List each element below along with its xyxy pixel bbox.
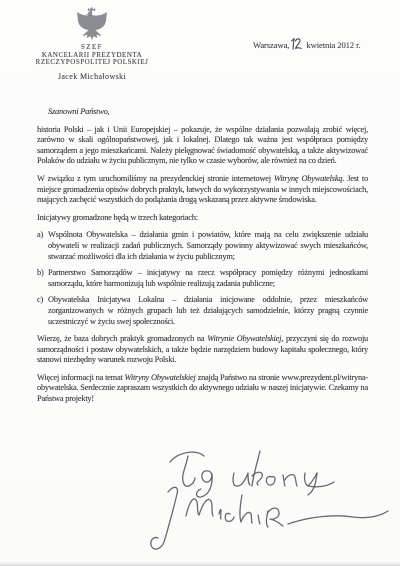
handwritten-signature bbox=[151, 487, 388, 549]
handwritten-closing bbox=[170, 451, 334, 497]
category-marker-a: a) bbox=[37, 230, 43, 241]
paragraph-witryna-launch: W związku z tym uruchomiliśmy na prezyde… bbox=[37, 174, 368, 206]
letterhead: SZEF KANCELARII PREZYDENTA RZECZYPOSPOLI… bbox=[16, 4, 168, 81]
polish-eagle-emblem bbox=[16, 4, 168, 40]
category-text-a: Wspólnota Obywatelska – działania gmin i… bbox=[48, 230, 368, 260]
paragraph-more-info: Więcej informacji na temat Witryny Obywa… bbox=[37, 373, 368, 405]
category-item-a: a) Wspólnota Obywatelska – działania gmi… bbox=[37, 230, 368, 262]
paragraph-belief: Wierzę, że baza dobrych praktyk gromadzo… bbox=[37, 334, 368, 366]
category-item-b: b) Partnerstwo Samorządów – inicjatywy n… bbox=[37, 268, 368, 289]
dateline: Warszawa, 12 kwietnia 2012 r. bbox=[253, 37, 360, 53]
dateline-date: kwietnia 2012 r. bbox=[306, 40, 360, 50]
handwritten-signature-block: Łączę ukłony Jacek Michałowski bbox=[138, 445, 394, 561]
letter-body: Szanowni Państwo, historia Polski – jak … bbox=[37, 107, 368, 412]
category-item-c: c) Obywatelska Inicjatywa Lokalna – dzia… bbox=[37, 295, 368, 327]
letterhead-office-line-3: RZECZYPOSPOLITEJ POLSKIEJ bbox=[16, 59, 168, 67]
category-text-b: Partnerstwo Samorządów – inicjatywy na r… bbox=[48, 268, 368, 288]
scanned-letter-page: SZEF KANCELARII PREZYDENTA RZECZYPOSPOLI… bbox=[0, 0, 400, 566]
categories-intro: Inicjatywy gromadzone będą w trzech kate… bbox=[37, 213, 368, 224]
category-marker-b: b) bbox=[37, 268, 44, 279]
category-text-c: Obywatelska Inicjatywa Lokalna – działan… bbox=[48, 295, 368, 325]
category-marker-c: c) bbox=[37, 295, 43, 306]
paragraph-history: historia Polski – jak i Unii Europejskie… bbox=[37, 125, 368, 167]
salutation: Szanowni Państwo, bbox=[37, 107, 368, 118]
dateline-city: Warszawa, bbox=[253, 40, 289, 50]
handwritten-day-numeral: 12 bbox=[289, 37, 303, 53]
scan-edge bbox=[0, 561, 400, 566]
letterhead-signatory-name: Jacek Michałowski bbox=[16, 72, 168, 81]
